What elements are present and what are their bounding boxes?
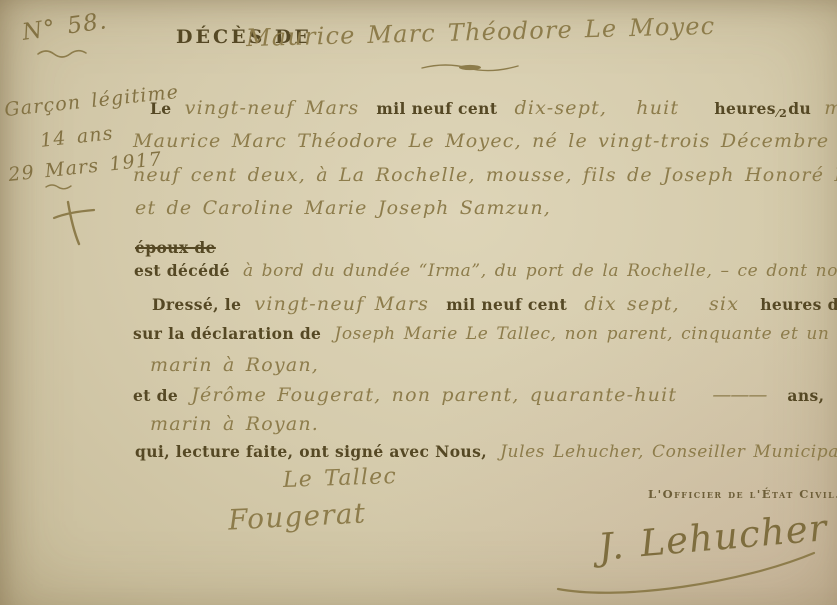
printed-text: Le [150,99,172,118]
handwritten-date: vingt-neuf Mars [254,293,429,315]
handwritten-officer-name: Jules Lehucher, Conseiller Municipal dél… [500,442,837,462]
handwritten-hour: six [709,293,739,315]
body-line-12: qui, lecture faite, ont signé avec Nous,… [135,442,837,462]
handwritten-occupation-2: marin à Royan. [150,413,319,435]
title-flourish [420,60,520,76]
body-line-11: marin à Royan. [150,413,319,435]
handwritten-mother: et de Caroline Marie Joseph Samzun, [135,197,551,219]
handwritten-period: matin, [824,97,837,119]
printed-text: mil neuf cent [376,99,497,118]
printed-text: qui, lecture faite, ont signé avec Nous, [135,442,487,461]
handwritten-declarant-1: Joseph Marie Le Tallec, non parent, cinq… [334,324,829,344]
signature-le-tallec: Le Tallec [283,464,398,493]
body-line-10: et de Jérôme Fougerat, non parent, quara… [133,384,824,406]
handwritten-occupation-1: marin à Royan, [150,354,319,376]
body-line-6: est décédé à bord du dundée “Irma”, du p… [134,261,837,281]
margin-cross-mark [52,200,96,246]
printed-text: ans, [787,386,824,405]
handwritten-date: vingt-neuf Mars [185,97,360,119]
margin-squiggle [44,182,74,191]
handwritten-hour: huit [636,97,679,119]
record-number: N° 58. [21,8,110,46]
blank-fill-line: ——— [712,384,766,406]
printed-fraction: ⁄2 [777,107,787,120]
body-line-7: Dressé, le vingt-neuf Mars mil neuf cent… [152,293,837,315]
body-line-1: Le vingt-neuf Mars mil neuf cent dix-sep… [150,97,837,120]
death-certificate-document: N° 58. DÉCÈS DE Maurice Marc Théodore Le… [0,0,837,605]
body-line-2: Maurice Marc Théodore Le Moyec, né le vi… [133,130,837,152]
body-line-8: sur la déclaration de Joseph Marie Le Ta… [133,324,837,344]
officer-signature-flourish [552,545,820,597]
printed-text: Dressé, le [152,295,241,314]
printed-text: et de [133,386,178,405]
printed-spouse-struck: époux de [135,238,216,257]
handwritten-name-birth: Maurice Marc Théodore Le Moyec, né le vi… [133,130,837,152]
handwritten-year: dix-sept, [514,97,607,119]
printed-text: heures [714,99,776,118]
body-line-4: et de Caroline Marie Joseph Samzun, [135,197,551,219]
printed-text: du [788,99,811,118]
printed-text: heures du [760,295,837,314]
handwritten-declarant-2: Jérôme Fougerat, non parent, quarante-hu… [191,384,677,406]
officer-title: L'Officier de l'État Civil. [648,487,837,501]
printed-text: mil neuf cent [446,295,567,314]
handwritten-year: dix sept, [584,293,680,315]
body-line-9: marin à Royan, [150,354,319,376]
margin-age: 14 ans [39,122,115,152]
printed-text: est décédé [134,261,230,280]
handwritten-birthplace-father: neuf cent deux, à La Rochelle, mousse, f… [133,164,837,186]
record-number-underline-flourish [36,48,88,58]
signature-fougerat: Fougerat [227,496,367,536]
body-line-3: neuf cent deux, à La Rochelle, mousse, f… [133,164,837,186]
printed-text: sur la déclaration de [133,324,321,343]
deceased-name: Maurice Marc Théodore Le Moyec [246,12,716,52]
body-line-5: époux de [135,238,216,257]
handwritten-death-place: à bord du dundée “Irma”, du port de la R… [243,261,837,281]
